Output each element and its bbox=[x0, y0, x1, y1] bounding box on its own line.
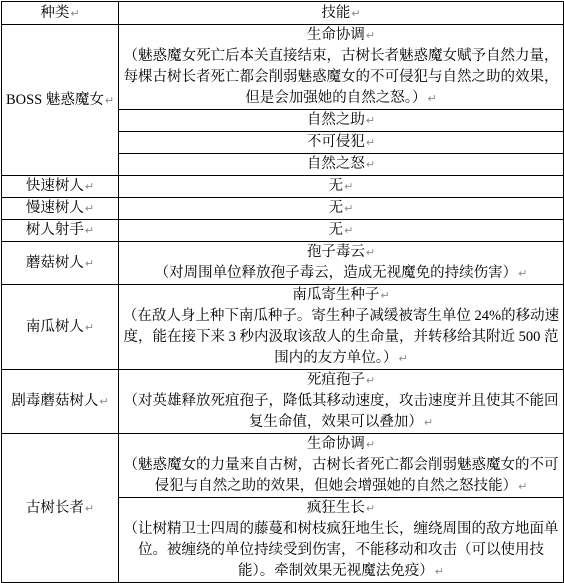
unit-type-label: 南瓜树人 bbox=[26, 319, 84, 335]
unit-type-label: 慢速树人 bbox=[26, 200, 84, 216]
skill-desc: （魅惑魔女的力量来自古树，古树长者死亡都会削弱魅惑魔女的不可侵犯与自然之助的效果… bbox=[121, 455, 561, 497]
skill-desc: （在敌人身上种下南瓜种子。寄生种子减缓被寄生单位 24%的移动速度，能在接下来 … bbox=[121, 306, 561, 369]
skill-cell: 生命协调↵ （魅惑魔女死亡后本关直接结束，古树长者魅惑魔女赋予自然力量，每棵古树… bbox=[119, 25, 564, 110]
skill-cell: 死疽孢子↵ （对英雄释放死疽孢子，降低其移动速度，攻击速度并且使其不能回复生命值… bbox=[119, 370, 564, 434]
unit-type-cell: 蘑菇树人↵ bbox=[2, 242, 119, 285]
unit-type-cell: 南瓜树人↵ bbox=[2, 285, 119, 370]
skill-cell: 孢子毒云↵ （对周围单位释放孢子毒云，造成无视魔免的持续伤害）↵ bbox=[119, 242, 564, 285]
skill-desc: （对英雄释放死疽孢子，降低其移动速度，攻击速度并且使其不能回复生命值，效果可以叠… bbox=[121, 391, 561, 433]
paragraph-mark-icon: ↵ bbox=[366, 438, 375, 451]
paragraph-mark-icon: ↵ bbox=[344, 202, 353, 215]
paragraph-mark-icon: ↵ bbox=[435, 565, 444, 578]
skill-cell: 自然之助↵ bbox=[119, 110, 564, 132]
paragraph-mark-icon: ↵ bbox=[366, 29, 375, 42]
skill-cell: 无↵ bbox=[119, 198, 564, 220]
skill-cell: 生命协调↵ （魅惑魔女的力量来自古树，古树长者死亡都会削弱魅惑魔女的不可侵犯与自… bbox=[119, 434, 564, 498]
skill-name: 生命协调↵ bbox=[121, 25, 561, 46]
paragraph-mark-icon: ↵ bbox=[85, 502, 94, 515]
paragraph-mark-icon: ↵ bbox=[105, 94, 114, 107]
paragraph-mark-icon: ↵ bbox=[85, 202, 94, 215]
skill-name: 死疽孢子↵ bbox=[121, 370, 561, 391]
table-row: 树人射手↵ 无↵ bbox=[2, 220, 564, 242]
column-header-type: 种类↵ bbox=[2, 2, 119, 25]
paragraph-mark-icon: ↵ bbox=[428, 92, 437, 105]
skill-desc: （魅惑魔女死亡后本关直接结束，古树长者魅惑魔女赋予自然力量，每棵古树长者死亡都会… bbox=[121, 46, 561, 109]
unit-type-cell: 快速树人↵ bbox=[2, 176, 119, 198]
table-row: 古树长者↵ 生命协调↵ （魅惑魔女的力量来自古树，古树长者死亡都会削弱魅惑魔女的… bbox=[2, 434, 564, 498]
paragraph-mark-icon: ↵ bbox=[99, 395, 108, 408]
table-row: 蘑菇树人↵ 孢子毒云↵ （对周围单位释放孢子毒云，造成无视魔免的持续伤害）↵ bbox=[2, 242, 564, 285]
table-row: BOSS 魅惑魔女↵ 生命协调↵ （魅惑魔女死亡后本关直接结束，古树长者魅惑魔女… bbox=[2, 25, 564, 110]
paragraph-mark-icon: ↵ bbox=[344, 180, 353, 193]
unit-type-cell: BOSS 魅惑魔女↵ bbox=[2, 25, 119, 176]
skill-desc: （对周围单位释放孢子毒云，造成无视魔免的持续伤害）↵ bbox=[121, 263, 561, 284]
table-row: 快速树人↵ 无↵ bbox=[2, 176, 564, 198]
skill-cell: 无↵ bbox=[119, 220, 564, 242]
table-row: 剧毒蘑菇树人↵ 死疽孢子↵ （对英雄释放死疽孢子，降低其移动速度，攻击速度并且使… bbox=[2, 370, 564, 434]
unit-type-cell: 剧毒蘑菇树人↵ bbox=[2, 370, 119, 434]
skill-cell: 南瓜寄生种子↵ （在敌人身上种下南瓜种子。寄生种子减缓被寄生单位 24%的移动速… bbox=[119, 285, 564, 370]
table-row: 慢速树人↵ 无↵ bbox=[2, 198, 564, 220]
skill-cell: 疯狂生长↵ （让树精卫士四周的藤蔓和树枝疯狂地生长，缠绕周围的敌方地面单位。被缠… bbox=[119, 498, 564, 583]
unit-type-cell: 古树长者↵ bbox=[2, 434, 119, 583]
skill-name: 生命协调↵ bbox=[121, 434, 561, 455]
skill-name: 疯狂生长↵ bbox=[121, 498, 561, 519]
unit-type-cell: 树人射手↵ bbox=[2, 220, 119, 242]
skill-name: 自然之怒↵ bbox=[121, 154, 561, 175]
skill-name: 无↵ bbox=[121, 198, 561, 219]
unit-type-label: 快速树人 bbox=[26, 178, 84, 194]
skill-cell: 无↵ bbox=[119, 176, 564, 198]
paragraph-mark-icon: ↵ bbox=[380, 289, 389, 302]
skill-name: 无↵ bbox=[121, 176, 561, 197]
table-row: 南瓜树人↵ 南瓜寄生种子↵ （在敌人身上种下南瓜种子。寄生种子减缓被寄生单位 2… bbox=[2, 285, 564, 370]
paragraph-mark-icon: ↵ bbox=[70, 7, 79, 20]
paragraph-mark-icon: ↵ bbox=[85, 321, 94, 334]
unit-type-label: 剧毒蘑菇树人 bbox=[11, 393, 98, 409]
unit-type-label: 蘑菇树人 bbox=[26, 255, 84, 271]
unit-skill-table: 种类↵ 技能↵ BOSS 魅惑魔女↵ 生命协调↵ （魅惑魔女死亡后本关直接结束，… bbox=[1, 1, 564, 583]
skill-cell: 自然之怒↵ bbox=[119, 154, 564, 176]
skill-name: 孢子毒云↵ bbox=[121, 242, 561, 263]
paragraph-mark-icon: ↵ bbox=[399, 352, 408, 365]
paragraph-mark-icon: ↵ bbox=[518, 267, 527, 280]
paragraph-mark-icon: ↵ bbox=[366, 136, 375, 149]
paragraph-mark-icon: ↵ bbox=[518, 480, 527, 493]
skill-name: 不可侵犯↵ bbox=[121, 132, 561, 153]
paragraph-mark-icon: ↵ bbox=[85, 257, 94, 270]
paragraph-mark-icon: ↵ bbox=[85, 180, 94, 193]
column-header-type-label: 种类 bbox=[40, 5, 69, 21]
paragraph-mark-icon: ↵ bbox=[351, 7, 360, 20]
paragraph-mark-icon: ↵ bbox=[366, 114, 375, 127]
paragraph-mark-icon: ↵ bbox=[424, 416, 433, 429]
paragraph-mark-icon: ↵ bbox=[344, 224, 353, 237]
document-page: 种类↵ 技能↵ BOSS 魅惑魔女↵ 生命协调↵ （魅惑魔女死亡后本关直接结束，… bbox=[0, 0, 564, 573]
paragraph-mark-icon: ↵ bbox=[366, 158, 375, 171]
column-header-skill: 技能↵ bbox=[119, 2, 564, 25]
paragraph-mark-icon: ↵ bbox=[366, 374, 375, 387]
unit-type-cell: 慢速树人↵ bbox=[2, 198, 119, 220]
paragraph-mark-icon: ↵ bbox=[366, 246, 375, 259]
skill-name: 自然之助↵ bbox=[121, 110, 561, 131]
unit-type-label: 古树长者 bbox=[26, 500, 84, 516]
paragraph-mark-icon: ↵ bbox=[85, 224, 94, 237]
skill-cell: 不可侵犯↵ bbox=[119, 132, 564, 154]
paragraph-mark-icon: ↵ bbox=[366, 502, 375, 515]
column-header-skill-label: 技能 bbox=[321, 5, 350, 21]
header-row: 种类↵ 技能↵ bbox=[2, 2, 564, 25]
skill-name: 无↵ bbox=[121, 220, 561, 241]
unit-type-label: BOSS 魅惑魔女 bbox=[6, 92, 104, 108]
unit-type-label: 树人射手 bbox=[26, 222, 84, 238]
skill-name: 南瓜寄生种子↵ bbox=[121, 285, 561, 306]
